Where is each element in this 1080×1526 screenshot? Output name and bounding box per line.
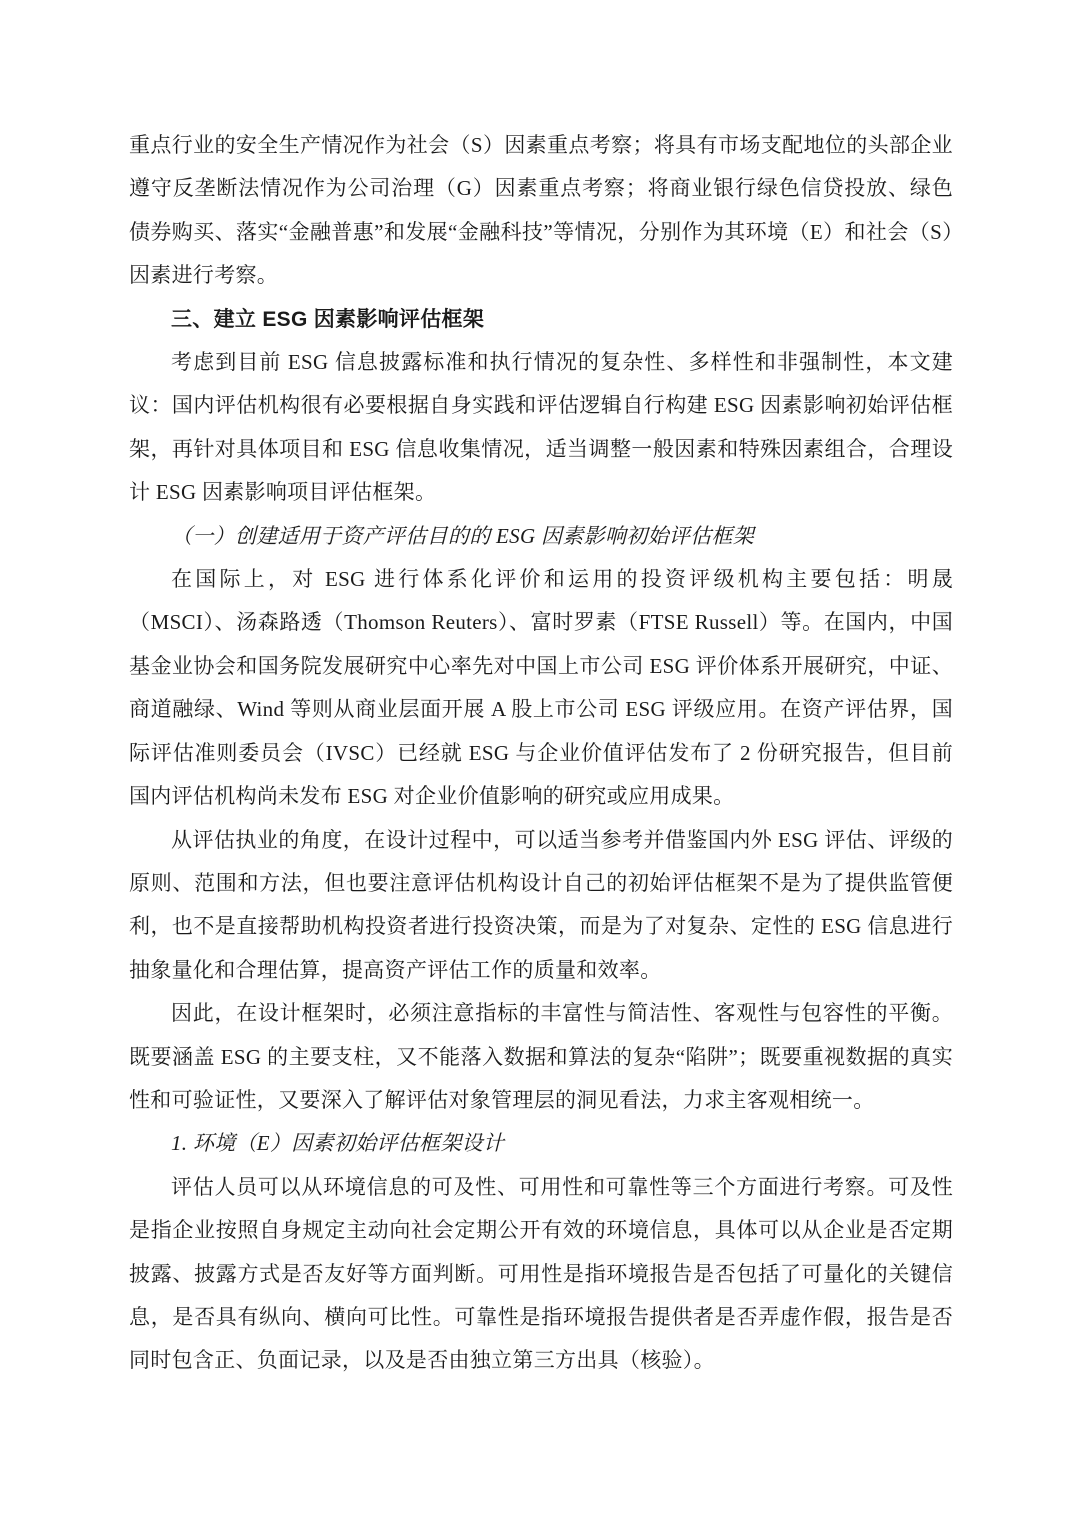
paragraph-continuation: 重点行业的安全生产情况作为社会（S）因素重点考察；将具有市场支配地位的头部企业遵… <box>129 124 953 298</box>
paragraph-framework-proposal: 考虑到目前 ESG 信息披露标准和执行情况的复杂性、多样性和非强制性，本文建议：… <box>129 341 953 515</box>
paragraph-design-balance: 因此，在设计框架时，必须注意指标的丰富性与简洁性、客观性与包容性的平衡。既要涵盖… <box>129 992 953 1122</box>
text-content: 重点行业的安全生产情况作为社会（S）因素重点考察；将具有市场支配地位的头部企业遵… <box>129 124 953 1383</box>
subsection-heading: （一）创建适用于资产评估目的的 ESG 因素影响初始评估框架 <box>129 515 953 558</box>
paragraph-practice-perspective: 从评估执业的角度，在设计过程中，可以适当参考并借鉴国内外 ESG 评估、评级的原… <box>129 819 953 993</box>
document-page: 重点行业的安全生产情况作为社会（S）因素重点考察；将具有市场支配地位的头部企业遵… <box>0 0 1080 1526</box>
numbered-heading-environment: 1. 环境（E）因素初始评估框架设计 <box>129 1122 953 1165</box>
section-heading: 三、建立 ESG 因素影响评估框架 <box>129 298 953 341</box>
paragraph-environment-assessment: 评估人员可以从环境信息的可及性、可用性和可靠性等三个方面进行考察。可及性是指企业… <box>129 1166 953 1383</box>
paragraph-rating-agencies: 在国际上，对 ESG 进行体系化评价和运用的投资评级机构主要包括：明晟（MSCI… <box>129 558 953 818</box>
